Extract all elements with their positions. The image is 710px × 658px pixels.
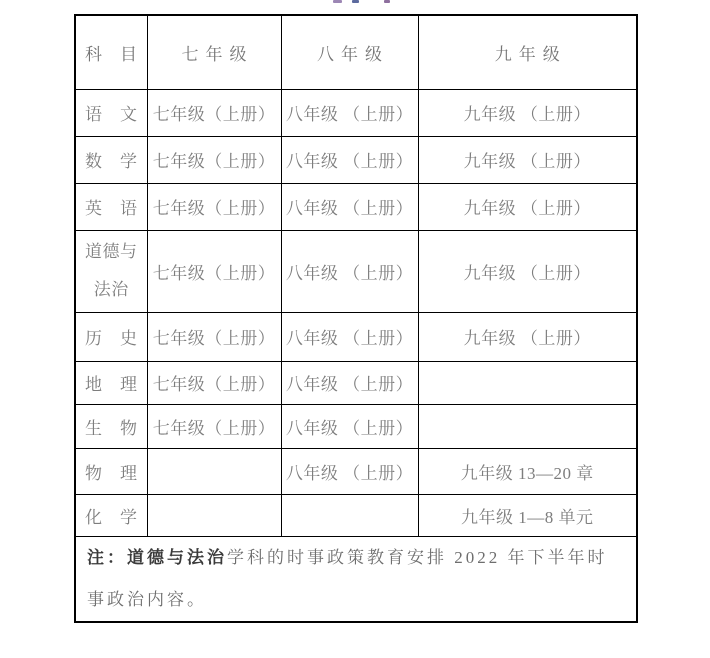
table-row-biology: 生 物 七年级（上册） 八年级 （上册） [75, 404, 637, 448]
cell-grade9 [418, 404, 637, 448]
cell-grade9: 九年级 （上册） [418, 136, 637, 183]
note-line-1: 注：道德与法治学科的时事政策教育安排 2022 年下半年时 [87, 537, 628, 579]
cell-grade8: 八年级 （上册） [281, 448, 418, 494]
cell-grade8: 八年级 （上册） [281, 136, 418, 183]
cell-grade8 [281, 494, 418, 536]
header-subject: 科 目 [75, 15, 147, 89]
cropped-title-fragment [384, 0, 390, 3]
note-bold-text: 注：道德与法治 [87, 548, 227, 567]
cell-grade9: 九年级 13—20 章 [418, 448, 637, 494]
cell-grade8: 八年级 （上册） [281, 404, 418, 448]
subject-line1: 道德与 [76, 233, 147, 271]
note-line-2: 事政治内容。 [87, 579, 628, 621]
table-row-math: 数 学 七年级（上册） 八年级 （上册） 九年级 （上册） [75, 136, 637, 183]
cropped-title-fragment [333, 0, 342, 3]
cell-subject: 化 学 [75, 494, 147, 536]
cell-grade7: 七年级（上册） [147, 136, 281, 183]
cell-grade9: 九年级 （上册） [418, 312, 637, 361]
cropped-title-fragment [352, 0, 359, 3]
cell-grade7 [147, 494, 281, 536]
table-row-history: 历 史 七年级（上册） 八年级 （上册） 九年级 （上册） [75, 312, 637, 361]
cell-grade8: 八年级 （上册） [281, 312, 418, 361]
cell-grade7: 七年级（上册） [147, 361, 281, 404]
cell-grade9: 九年级 1—8 单元 [418, 494, 637, 536]
subject-line2: 法治 [76, 271, 147, 309]
cell-grade9: 九年级 （上册） [418, 230, 637, 312]
table-row-chinese: 语 文 七年级（上册） 八年级 （上册） 九年级 （上册） [75, 89, 637, 136]
table-row-geography: 地 理 七年级（上册） 八年级 （上册） [75, 361, 637, 404]
cell-grade8: 八年级 （上册） [281, 89, 418, 136]
cell-grade8: 八年级 （上册） [281, 183, 418, 230]
cell-grade8: 八年级 （上册） [281, 230, 418, 312]
note-regular-text: 学科的时事政策教育安排 2022 年下半年时 [227, 548, 608, 567]
cell-grade7 [147, 448, 281, 494]
cell-grade7: 七年级（上册） [147, 404, 281, 448]
cell-subject: 语 文 [75, 89, 147, 136]
table-row-morality-law: 道德与 法治 七年级（上册） 八年级 （上册） 九年级 （上册） [75, 230, 637, 312]
cell-grade9: 九年级 （上册） [418, 183, 637, 230]
header-grade7: 七年级 [147, 15, 281, 89]
cell-grade8: 八年级 （上册） [281, 361, 418, 404]
cell-subject: 生 物 [75, 404, 147, 448]
cell-subject: 历 史 [75, 312, 147, 361]
table-row-chemistry: 化 学 九年级 1—8 单元 [75, 494, 637, 536]
header-grade8: 八年级 [281, 15, 418, 89]
cell-subject: 英 语 [75, 183, 147, 230]
cell-subject: 地 理 [75, 361, 147, 404]
cell-subject: 物 理 [75, 448, 147, 494]
header-row: 科 目 七年级 八年级 九年级 [75, 15, 637, 89]
document-page: 科 目 七年级 八年级 九年级 语 文 七年级（上册） 八年级 （上册） 九年级… [0, 0, 710, 658]
cell-grade7: 七年级（上册） [147, 89, 281, 136]
cell-subject: 数 学 [75, 136, 147, 183]
cell-grade9: 九年级 （上册） [418, 89, 637, 136]
cell-grade9 [418, 361, 637, 404]
cell-grade7: 七年级（上册） [147, 230, 281, 312]
exam-scope-table: 科 目 七年级 八年级 九年级 语 文 七年级（上册） 八年级 （上册） 九年级… [74, 14, 638, 623]
cell-subject: 道德与 法治 [75, 230, 147, 312]
table-row-physics: 物 理 八年级 （上册） 九年级 13—20 章 [75, 448, 637, 494]
cell-grade7: 七年级（上册） [147, 312, 281, 361]
note-row: 注：道德与法治学科的时事政策教育安排 2022 年下半年时 事政治内容。 [75, 536, 637, 622]
cell-grade7: 七年级（上册） [147, 183, 281, 230]
header-grade9: 九年级 [418, 15, 637, 89]
note-cell: 注：道德与法治学科的时事政策教育安排 2022 年下半年时 事政治内容。 [75, 536, 637, 622]
table-row-english: 英 语 七年级（上册） 八年级 （上册） 九年级 （上册） [75, 183, 637, 230]
